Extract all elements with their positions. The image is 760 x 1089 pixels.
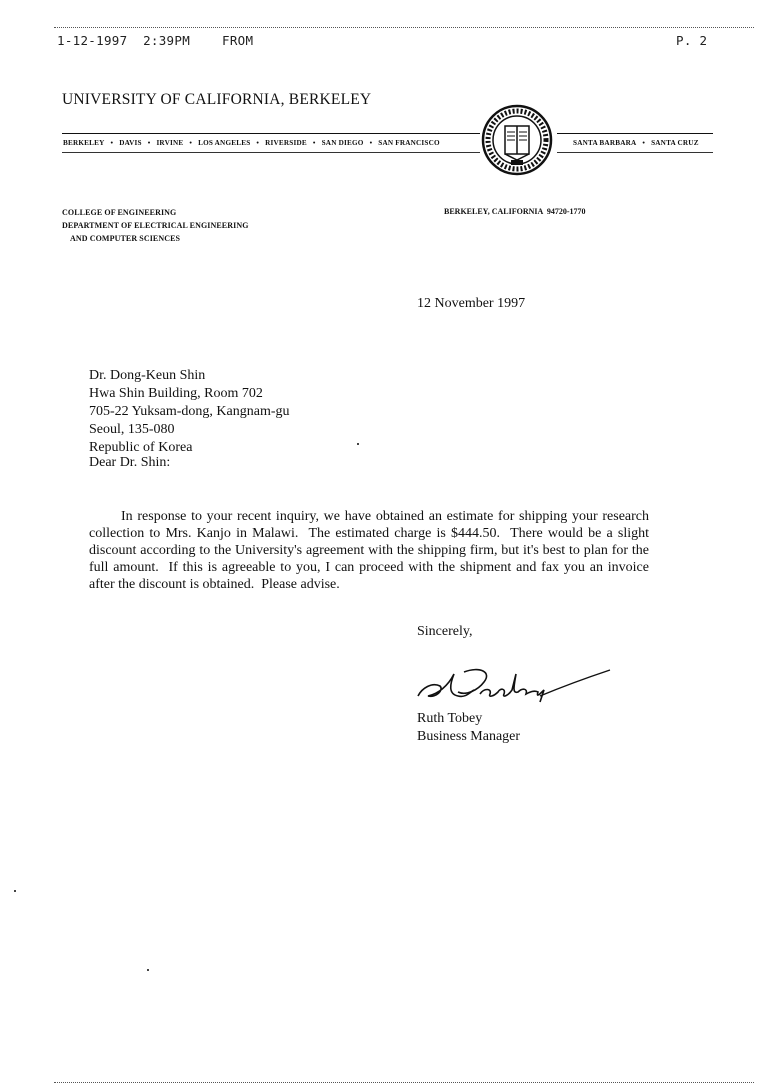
letterhead-rule-top-right [557,133,713,134]
university-name: UNIVERSITY OF CALIFORNIA, BERKELEY [62,91,371,109]
closing: Sincerely, [417,624,472,640]
campus-separator: • [189,139,192,147]
university-seal-icon [481,104,553,176]
campus-name: DAVIS [119,139,141,147]
department-block: COLLEGE OF ENGINEERING DEPARTMENT OF ELE… [62,206,249,245]
fax-bottom-divider [54,1082,754,1083]
department-line: COLLEGE OF ENGINEERING [62,206,249,219]
city-address: BERKELEY, CALIFORNIA 94720-1770 [444,207,586,216]
letter-body: In response to your recent inquiry, we h… [89,508,649,593]
campus-name: SAN DIEGO [322,139,364,147]
salutation: Dear Dr. Shin: [89,455,170,471]
signer-block: Ruth Tobey Business Manager [417,710,520,746]
recipient-line: Hwa Shin Building, Room 702 [89,385,290,403]
body-paragraph: In response to your recent inquiry, we h… [89,508,649,593]
campus-separator: • [642,139,645,147]
letterhead-rule-top-left [62,133,480,134]
campus-separator: • [148,139,151,147]
campus-name: SANTA BARBARA [573,139,636,147]
recipient-line: Dr. Dong-Keun Shin [89,367,290,385]
campus-name: SAN FRANCISCO [378,139,440,147]
campus-name: IRVINE [156,139,183,147]
recipient-line: Seoul, 135-080 [89,421,290,439]
handwritten-signature-icon [414,660,614,715]
signer-name: Ruth Tobey [417,710,520,728]
campus-separator: • [313,139,316,147]
letter-date: 12 November 1997 [417,296,525,312]
campus-name: BERKELEY [63,139,105,147]
scan-speck [357,443,359,445]
fax-top-divider [54,27,754,28]
recipient-line: 705-22 Yuksam-dong, Kangnam-gu [89,403,290,421]
campus-separator: • [256,139,259,147]
letterhead-rule-bottom-left [62,152,480,153]
department-line: AND COMPUTER SCIENCES [62,232,249,245]
campus-name: RIVERSIDE [265,139,307,147]
fax-timestamp: 1-12-1997 2:39PM [57,33,190,48]
campus-separator: • [111,139,114,147]
scan-speck [147,969,149,971]
campus-list-right: SANTA BARBARA•SANTA CRUZ [573,139,699,147]
signer-title: Business Manager [417,728,520,746]
campus-name: SANTA CRUZ [651,139,699,147]
campus-name: LOS ANGELES [198,139,250,147]
fax-from-label: FROM [222,33,253,48]
department-line: DEPARTMENT OF ELECTRICAL ENGINEERING [62,219,249,232]
fax-page-number: P. 2 [676,33,707,48]
scan-speck [14,890,16,892]
campus-separator: • [370,139,373,147]
recipient-address: Dr. Dong-Keun Shin Hwa Shin Building, Ro… [89,367,290,457]
campus-list-left: BERKELEY•DAVIS•IRVINE•LOS ANGELES•RIVERS… [63,139,440,147]
letterhead-rule-bottom-right [557,152,713,153]
